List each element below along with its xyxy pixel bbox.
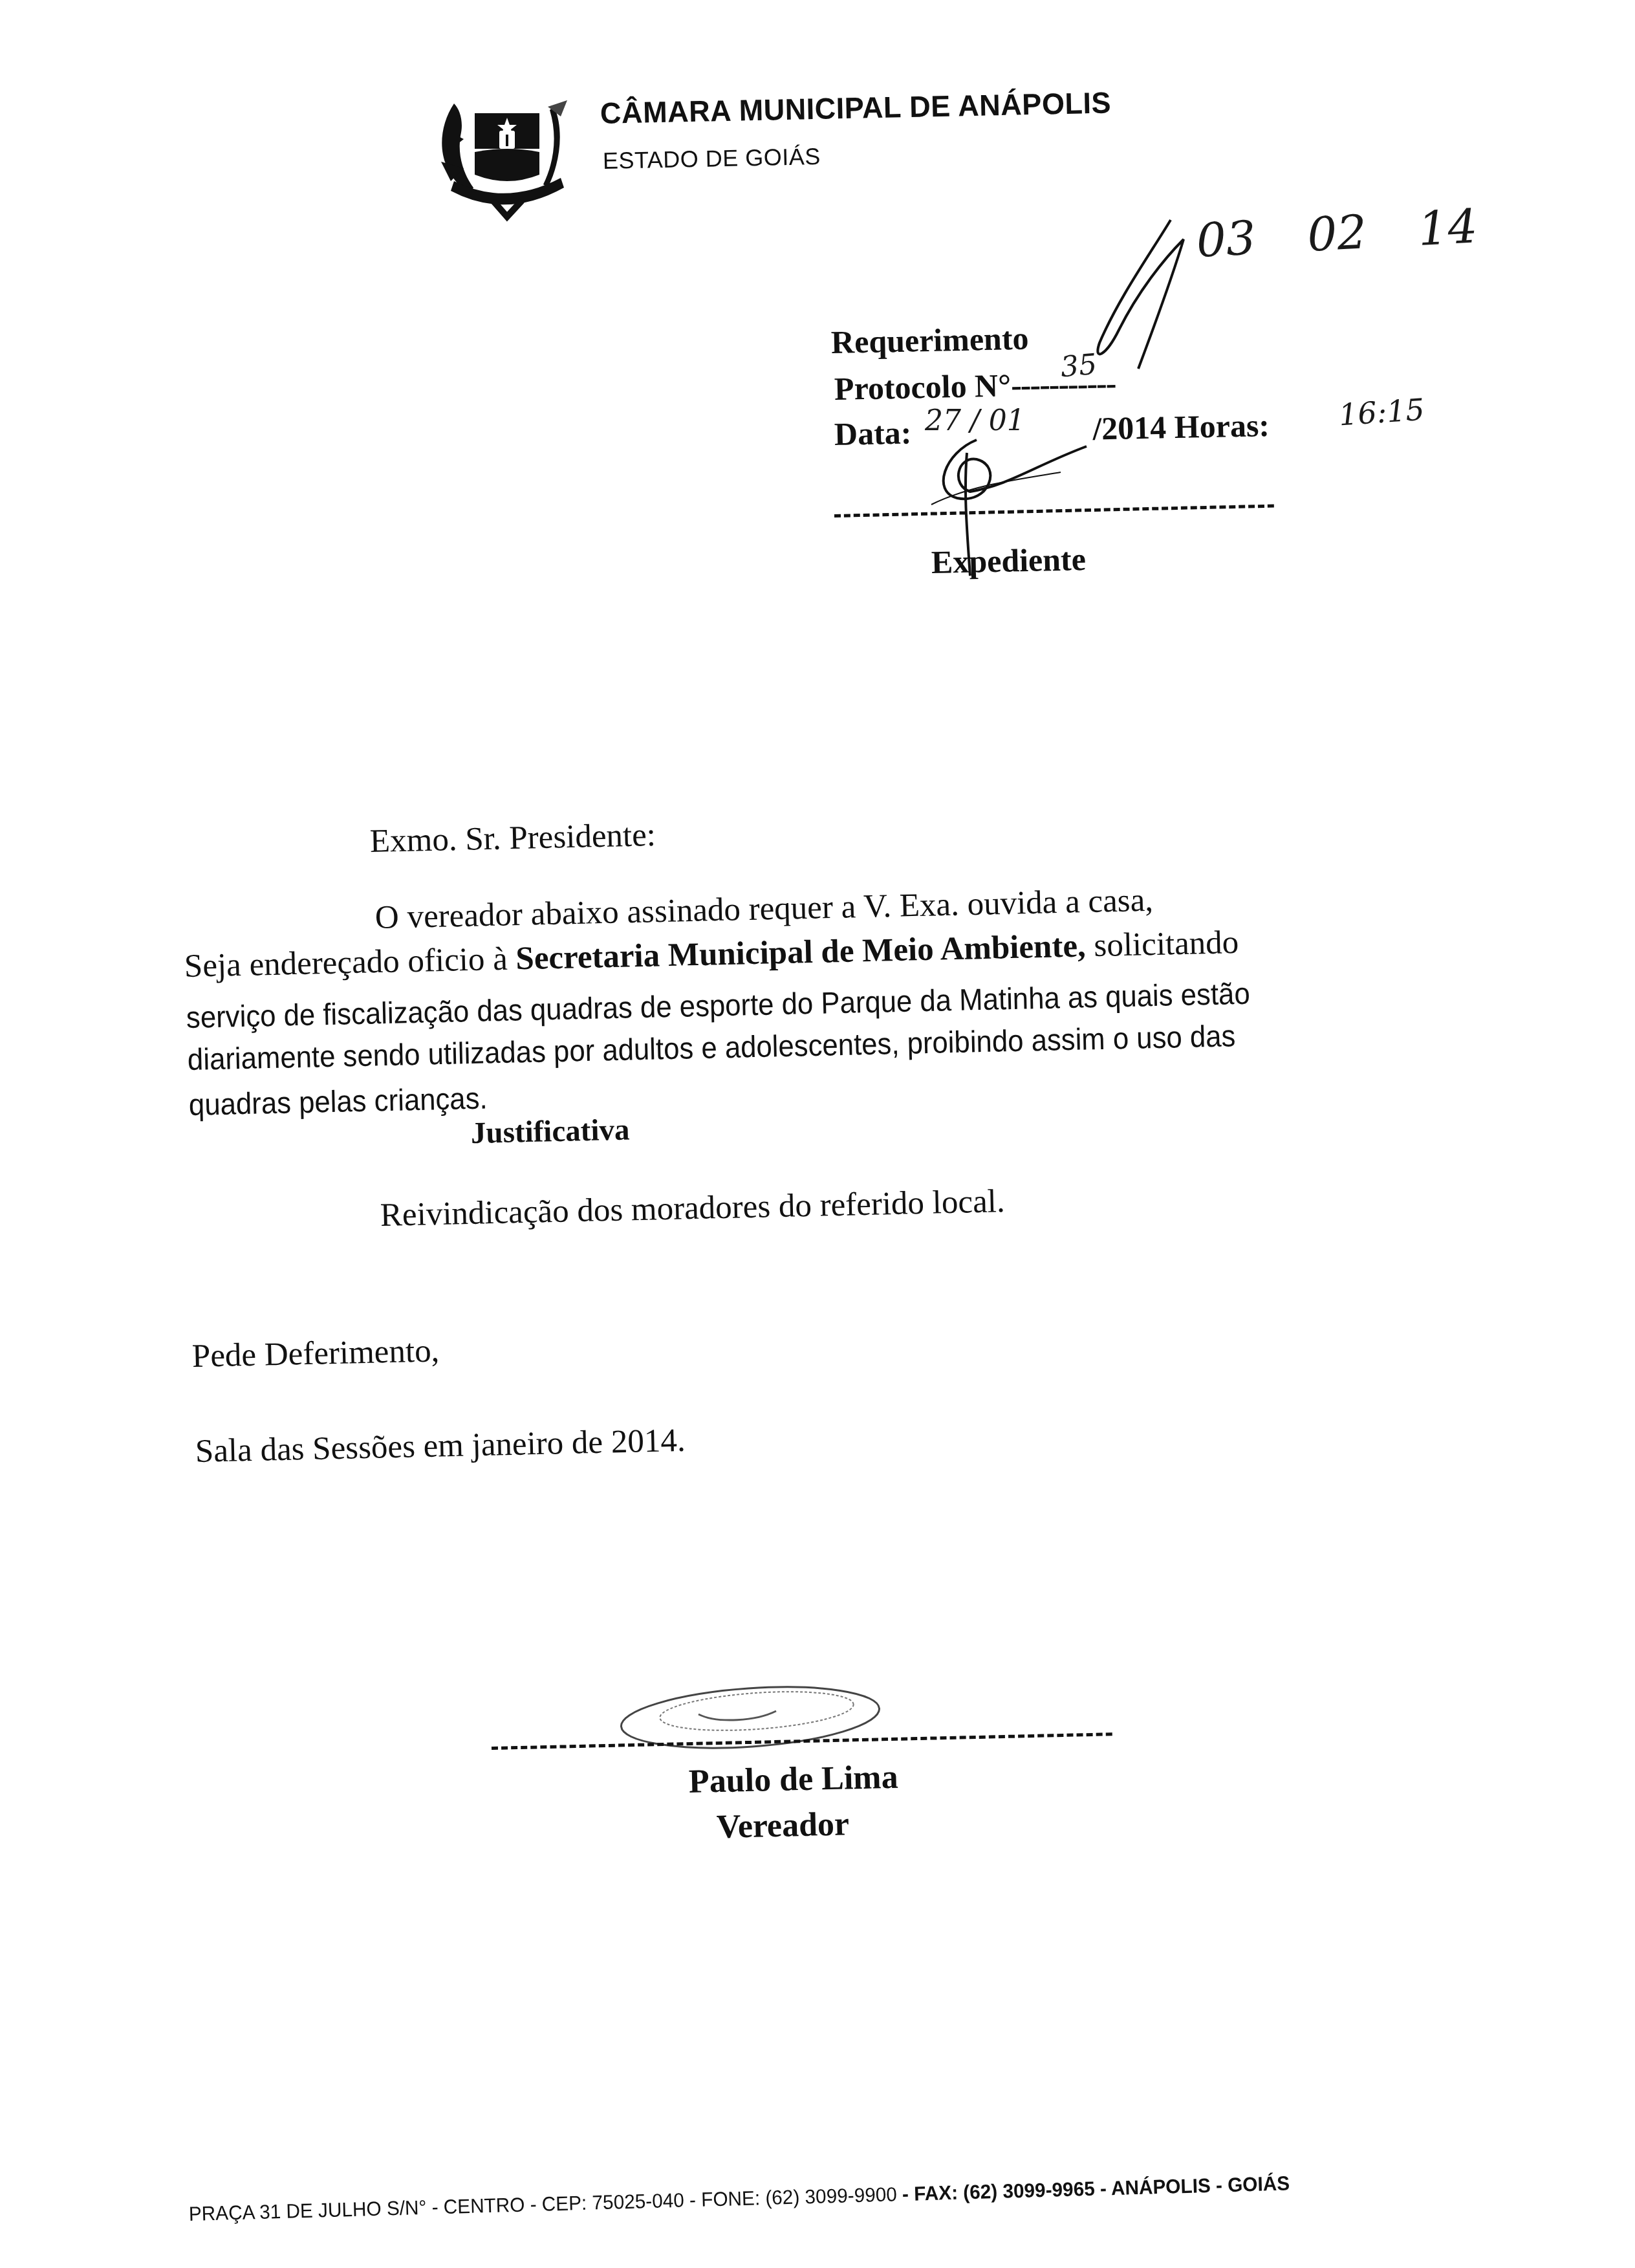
justification-text: Reivindicação dos moradores do referido …: [380, 1183, 1005, 1234]
horas-label: Horas:: [1174, 407, 1270, 445]
protocolo-label: Protocolo N°: [834, 367, 1011, 407]
salutation: Exmo. Sr. Presidente:: [369, 816, 656, 860]
data-label: Data:: [834, 415, 912, 452]
vereador-signature-icon: [608, 1675, 893, 1760]
requerimento-label: Requerimento: [830, 320, 1029, 361]
received-month: 02: [1306, 204, 1368, 262]
signer-role: Vereador: [716, 1805, 849, 1846]
expediente-signature-line: [834, 505, 1274, 518]
data-year: /2014: [1092, 409, 1167, 446]
justification-heading: Justificativa: [470, 1112, 630, 1151]
received-year: 14: [1417, 199, 1479, 256]
closing-text: Pede Deferimento,: [191, 1332, 440, 1375]
letterhead-subtitle: ESTADO DE GOIÁS: [603, 143, 821, 175]
data-day-month: 27 / 01: [925, 404, 1025, 437]
footer-address: PRAÇA 31 DE JULHO S/N° - CENTRO - CEP: 7…: [188, 2172, 1290, 2226]
request-line-2: Seja endereçado oficio à Secretaria Muni…: [184, 924, 1239, 985]
received-day: 03: [1195, 210, 1257, 268]
horas-value: 16:15: [1337, 391, 1425, 432]
request-line-5: quadras pelas crianças.: [188, 1080, 488, 1122]
signer-name: Paulo de Lima: [688, 1758, 898, 1801]
document-page: CÂMARA MUNICIPAL DE ANÁPOLIS ESTADO DE G…: [0, 0, 1635, 2268]
coat-of-arms-icon: [435, 91, 577, 226]
addressee-secretaria: Secretaria Municipal de Meio Ambiente,: [515, 928, 1087, 977]
letterhead-title: CÂMARA MUNICIPAL DE ANÁPOLIS: [600, 85, 1111, 131]
data-field: Data:/2014 Horas:: [834, 406, 1270, 453]
protocolo-number: 35: [1059, 348, 1098, 384]
place-date: Sala das Sessões em janeiro de 2014.: [195, 1422, 686, 1470]
signature-line: [492, 1732, 1112, 1750]
expediente-label: Expediente: [931, 540, 1086, 581]
handwritten-received-date: 030214: [1195, 196, 1531, 268]
